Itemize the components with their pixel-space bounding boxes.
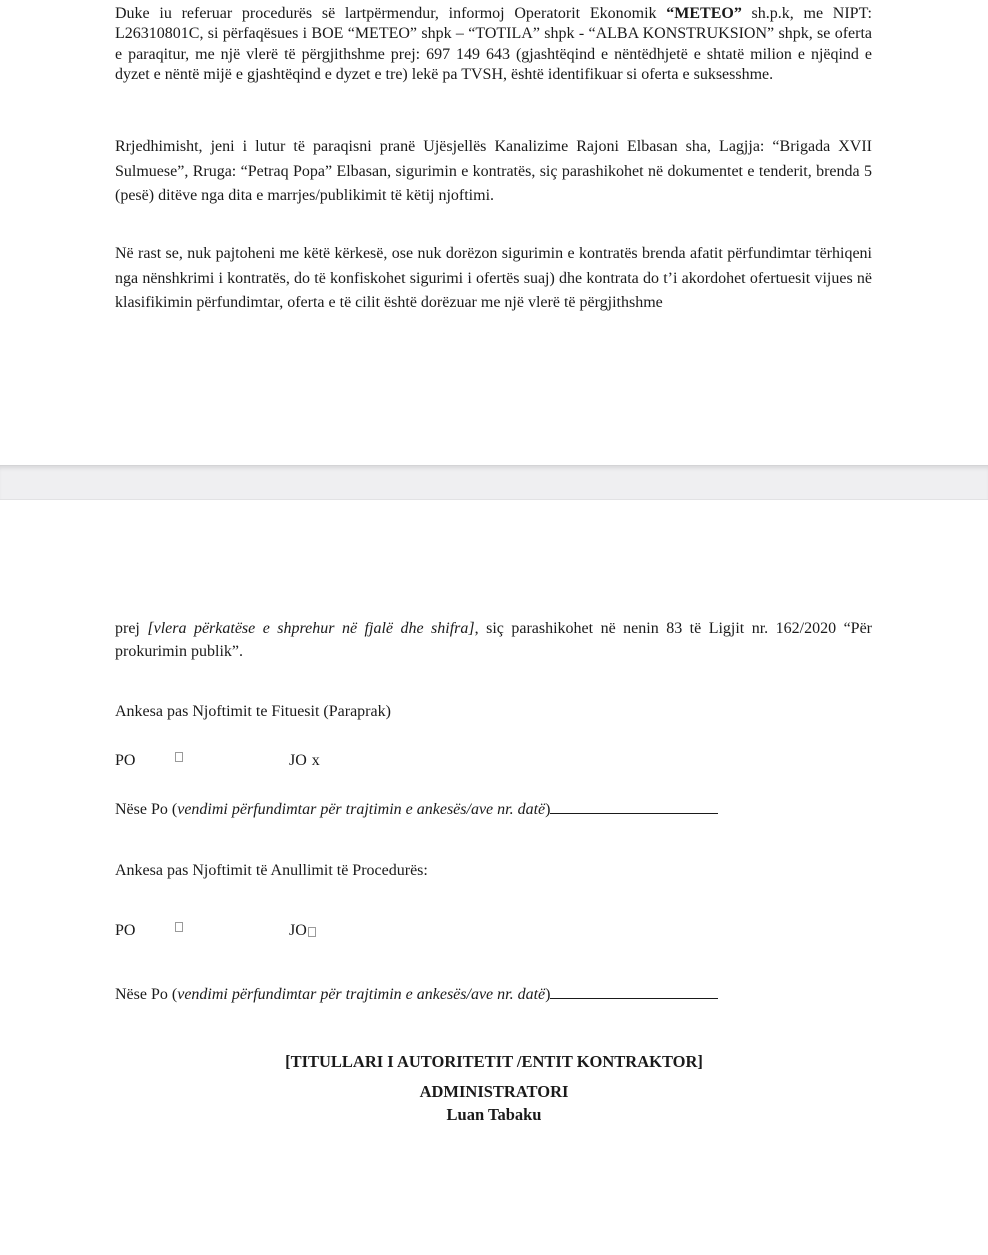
page-separator [0, 465, 988, 500]
complaint-annulment-label: Ankesa pas Njoftimit të Anullimit të Pro… [115, 861, 428, 881]
signature-entity-title: [TITULLARI I AUTORITETIT /ENTIT KONTRAKT… [0, 1052, 988, 1072]
signature-role: ADMINISTRATORI [0, 1082, 988, 1102]
operator-name: “METEO” [666, 5, 742, 22]
if-yes-prefix: Nëse Po ( [115, 801, 177, 818]
option-po-checkbox[interactable] [175, 921, 183, 932]
option-jo[interactable]: JO [289, 921, 316, 941]
fill-in-blank-line[interactable] [550, 799, 718, 814]
complaint-winner-if-yes: Nëse Po (vendimi përfundimtar për trajti… [115, 799, 718, 820]
option-po-checkbox[interactable] [175, 751, 183, 762]
if-yes-prefix: Nëse Po ( [115, 986, 177, 1003]
paragraph-winner-notice: Duke iu referuar procedurës së lartpërme… [115, 4, 872, 86]
signature-name: Luan Tabaku [0, 1105, 988, 1125]
paragraph-text: Duke iu referuar procedurës së lartpërme… [115, 5, 666, 22]
option-po-label: PO [115, 751, 135, 771]
option-jo-label: JO [289, 921, 307, 941]
if-yes-italic: vendimi përfundimtar për trajtimin e ank… [177, 801, 545, 818]
checkbox-empty-icon [175, 752, 183, 762]
paragraph-contract-security: Rrjedhimisht, jeni i lutur të paraqisni … [115, 135, 872, 209]
fill-in-blank-line[interactable] [550, 984, 718, 999]
complaint-annulment-if-yes: Nëse Po (vendimi përfundimtar për trajti… [115, 984, 718, 1005]
paragraph-text: prej [115, 620, 147, 637]
option-jo-label: JO [289, 751, 307, 771]
paragraph-refusal-consequences: Në rast se, nuk pajtoheni me këtë kërkes… [115, 242, 872, 316]
document-page-2: prej [vlera përkatëse e shprehur në fjal… [0, 500, 988, 1255]
option-po-label: PO [115, 921, 135, 941]
checkbox-empty-icon [308, 927, 316, 937]
checkbox-empty-icon [175, 922, 183, 932]
checked-x-mark: x [312, 751, 320, 771]
paragraph-legal-reference: prej [vlera përkatëse e shprehur në fjal… [115, 617, 872, 663]
if-yes-italic: vendimi përfundimtar për trajtimin e ank… [177, 986, 545, 1003]
complaint-winner-label: Ankesa pas Njoftimit te Fituesit (Parapr… [115, 702, 391, 722]
document-page-1: Duke iu referuar procedurës së lartpërme… [0, 0, 988, 465]
placeholder-value-text: [vlera përkatëse e shprehur në fjalë dhe… [147, 620, 474, 637]
option-jo[interactable]: JO x [289, 751, 320, 771]
